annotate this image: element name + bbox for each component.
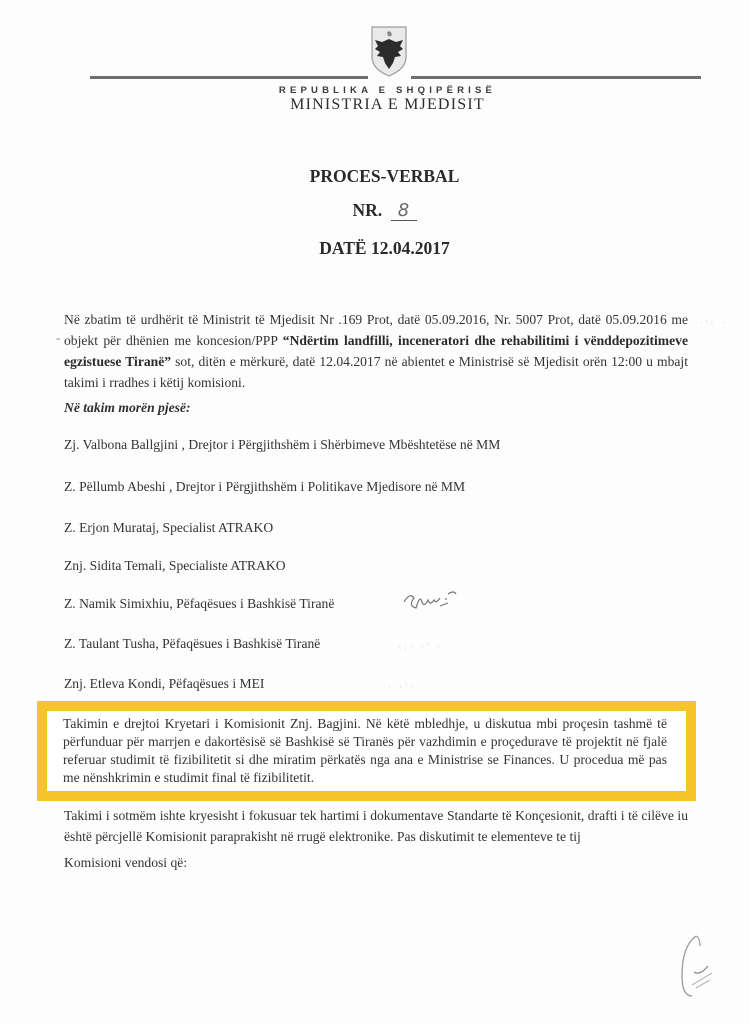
intro-paragraph: Në zbatim të urdhërit të Ministrit të Mj… bbox=[64, 309, 688, 393]
header-rule-right bbox=[411, 76, 701, 79]
document-title: PROCES-VERBAL bbox=[0, 166, 749, 187]
faint-scribble: · ·'· bbox=[388, 682, 416, 692]
document-page: REPUBLIKA E SHQIPËRISË MINISTRIA E MJEDI… bbox=[0, 0, 749, 1024]
attendee-item: Z. Pëllumb Abeshi , Drejtor i Përgjithsh… bbox=[64, 479, 465, 495]
number-label: NR. bbox=[352, 200, 382, 220]
albanian-coat-of-arms-icon bbox=[370, 25, 408, 77]
faint-scribble: ·:· ·' · bbox=[398, 642, 443, 652]
handwritten-signature-icon bbox=[400, 586, 460, 614]
handwritten-initials-icon bbox=[672, 930, 722, 1005]
attendee-item: Z. Taulant Tusha, Pëfaqësues i Bashkisë … bbox=[64, 636, 320, 652]
attendee-item: Z. Erjon Murataj, Specialist ATRAKO bbox=[64, 520, 273, 536]
commission-decision-label: Komisioni vendosi që: bbox=[64, 855, 187, 871]
attendee-item: Znj. Etleva Kondi, Pëfaqësues i MEI bbox=[64, 676, 264, 692]
document-date: DATË 12.04.2017 bbox=[0, 238, 749, 259]
meeting-summary-paragraph: Takimi i sotmëm ishte kryesisht i fokusu… bbox=[64, 805, 688, 847]
margin-mark: - bbox=[56, 330, 60, 346]
attendee-item: Znj. Sidita Temali, Specialiste ATRAKO bbox=[64, 558, 286, 574]
attendee-item: Zj. Valbona Ballgjini , Drejtor i Përgji… bbox=[64, 437, 500, 453]
header-rule-left bbox=[90, 76, 368, 79]
attendee-item: Z. Namik Simixhiu, Pëfaqësues i Bashkisë… bbox=[64, 596, 334, 612]
highlighted-paragraph: Takimin e drejtoi Kryetari i Komisionit … bbox=[63, 715, 667, 787]
highlighted-paragraph-box: Takimin e drejtoi Kryetari i Komisionit … bbox=[37, 701, 696, 801]
attendance-heading: Në takim morën pjesë: bbox=[64, 400, 190, 416]
republic-name: REPUBLIKA E SHQIPËRISË bbox=[0, 85, 749, 96]
document-number: NR. 8 bbox=[0, 200, 749, 221]
faint-scribble: ·'· · bbox=[700, 318, 728, 328]
number-value: 8 bbox=[391, 202, 417, 221]
ministry-name: MINISTRIA E MJEDISIT bbox=[0, 96, 749, 114]
